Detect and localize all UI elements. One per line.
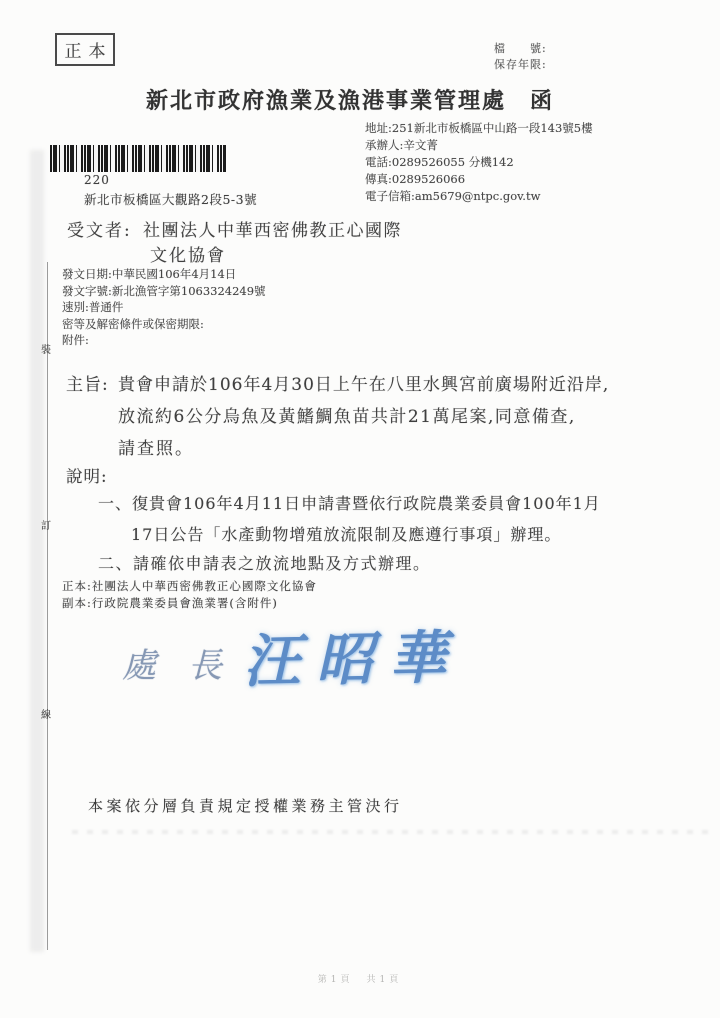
scan-edge-shadow <box>30 150 44 952</box>
page-footer: 第1頁 共1頁 <box>0 972 720 985</box>
subject-line-1: 貴會申請於106年4月30日上午在八里水興宮前廣場附近沿岸, <box>118 370 609 395</box>
binding-mark-zhuang: 裝 <box>41 341 51 356</box>
explanation-item2: 二、請確依申請表之放流地點及方式辦理。 <box>98 551 431 574</box>
recipient-label: 受文者: <box>67 216 132 241</box>
issue-date: 發文日期:中華民國106年4月14日 <box>62 266 266 283</box>
attachment-label: 附件: <box>62 332 266 349</box>
recipient-name-line2: 文化協會 <box>150 241 226 266</box>
binding-mark-xian: 線 <box>41 706 51 721</box>
distribution-copy: 副本:行政院農業委員會漁業署(含附件) <box>62 595 278 611</box>
binding-mark-ding: 訂 <box>41 517 51 532</box>
agency-phone: 電話:0289526055 分機142 <box>365 154 593 171</box>
delegation-note: 本案依分層負責規定授權業務主管決行 <box>88 795 403 816</box>
explanation-item1-line1: 一、復貴會106年4月11日申請書暨依行政院農業委員會100年1月 <box>98 491 601 514</box>
agency-address: 地址:251新北市板橋區中山路一段143號5樓 <box>365 120 593 137</box>
director-signature: 汪昭華 <box>242 612 463 699</box>
security-classification: 密等及解密條件或保密期限: <box>62 316 266 333</box>
agency-contact-person: 承辦人:辛文菁 <box>365 137 593 154</box>
agency-email: 電子信箱:am5679@ntpc.gov.tw <box>365 188 593 205</box>
director-title: 處長 <box>122 638 254 687</box>
mailing-barcode <box>50 145 226 172</box>
recipient-street-address: 新北市板橋區大觀路2段5-3號 <box>84 190 257 208</box>
distribution-original: 正本:社團法人中華西密佛教正心國際文化協會 <box>62 578 317 594</box>
document-number: 發文字號:新北漁管字第1063324249號 <box>62 283 266 300</box>
agency-contact-block: 地址:251新北市板橋區中山路一段143號5樓 承辦人:辛文菁 電話:02895… <box>365 120 593 205</box>
retention-period-label: 保存年限: <box>494 56 547 72</box>
subject-label: 主旨: <box>66 370 109 395</box>
delivery-speed: 速別:普通件 <box>62 299 266 316</box>
official-letter-page: 裝 訂 線 正本 檔 號: 保存年限: 新北市政府漁業及漁港事業管理處 函 地址… <box>0 0 720 1018</box>
document-title: 新北市政府漁業及漁港事業管理處 函 <box>100 84 600 115</box>
explanation-item1-line2: 17日公告「水產動物增殖放流限制及應遵行事項」辦理。 <box>131 522 561 545</box>
postal-code: 220 <box>84 173 110 187</box>
subject-line-3: 請查照。 <box>118 434 194 459</box>
recipient-name-line1: 社團法人中華西密佛教正心國際 <box>143 216 402 241</box>
explanation-label: 說明: <box>66 463 108 487</box>
agency-fax: 傳真:0289526066 <box>365 171 593 188</box>
subject-line-2: 放流約6公分烏魚及黃鰭鯛魚苗共計21萬尾案,同意備查, <box>118 402 576 427</box>
scan-artifact <box>72 830 712 834</box>
original-copy-stamp: 正本 <box>55 33 115 66</box>
binding-margin-line <box>47 262 48 950</box>
document-meta-block: 發文日期:中華民國106年4月14日 發文字號:新北漁管字第1063324249… <box>62 266 266 349</box>
file-number-label: 檔 號: <box>494 40 547 56</box>
